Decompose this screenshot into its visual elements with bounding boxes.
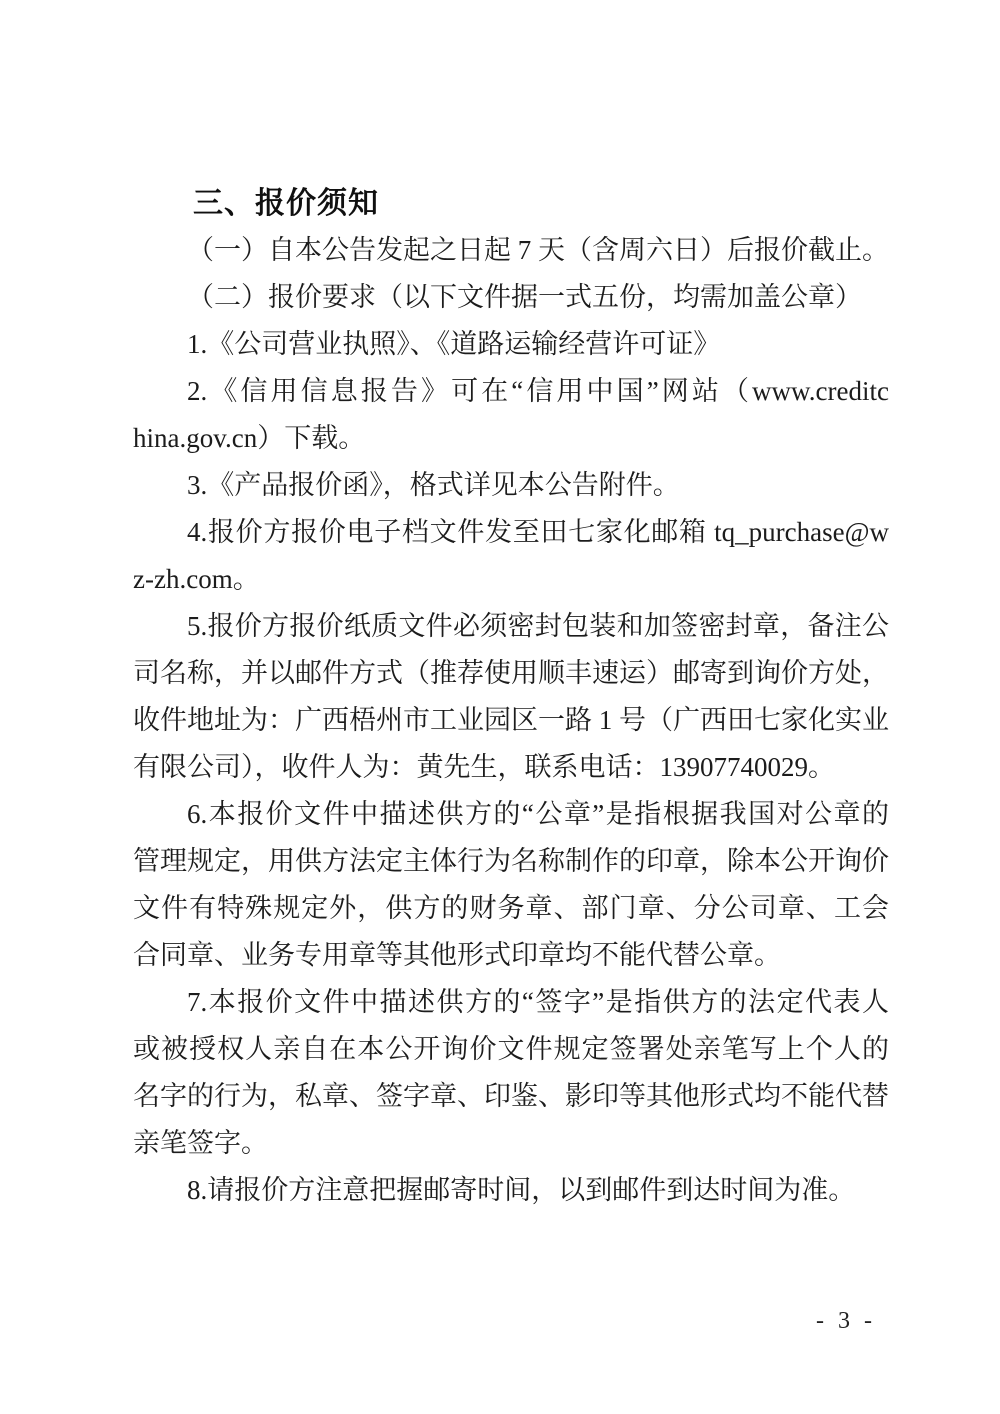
document-body: 三、报价须知 （一）自本公告发起之日起 7 天（含周六日）后报价截止。 （二）报… bbox=[133, 180, 889, 1214]
clause-line: 名字的行为，私章、签字章、印鉴、影印等其他形式均不能代替 bbox=[133, 1073, 889, 1120]
clause-line: 4.报价方报价电子档文件发至田七家化邮箱 tq_purchase@w bbox=[133, 509, 889, 556]
clause-line: 3.《产品报价函》，格式详见本公告附件。 bbox=[133, 462, 889, 509]
clause-line: 有限公司），收件人为：黄先生，联系电话：13907740029。 bbox=[133, 744, 889, 791]
clause-line: 亲笔签字。 bbox=[133, 1120, 889, 1167]
section-heading: 三、报价须知 bbox=[133, 180, 889, 227]
clause-line: 7.本报价文件中描述供方的“签字”是指供方的法定代表人 bbox=[133, 979, 889, 1026]
clause-line: 合同章、业务专用章等其他形式印章均不能代替公章。 bbox=[133, 932, 889, 979]
clause-line: 司名称，并以邮件方式（推荐使用顺丰速运）邮寄到询价方处， bbox=[133, 650, 889, 697]
clause-line: 收件地址为：广西梧州市工业园区一路 1 号（广西田七家化实业 bbox=[133, 697, 889, 744]
clause-line: 5.报价方报价纸质文件必须密封包装和加签密封章，备注公 bbox=[133, 603, 889, 650]
page-number: - 3 - bbox=[816, 1306, 876, 1336]
clause-line: 6.本报价文件中描述供方的“公章”是指根据我国对公章的 bbox=[133, 791, 889, 838]
clause-line: z-zh.com。 bbox=[133, 556, 889, 603]
clause-line: 或被授权人亲自在本公开询价文件规定签署处亲笔写上个人的 bbox=[133, 1026, 889, 1073]
clause-line: 文件有特殊规定外，供方的财务章、部门章、分公司章、工会章、 bbox=[133, 885, 889, 932]
clause-line: 管理规定，用供方法定主体行为名称制作的印章，除本公开询价 bbox=[133, 838, 889, 885]
clause-line: 8.请报价方注意把握邮寄时间，以到邮件到达时间为准。 bbox=[133, 1167, 889, 1214]
clause-line: （一）自本公告发起之日起 7 天（含周六日）后报价截止。 bbox=[133, 227, 889, 274]
clause-line: hina.gov.cn）下载。 bbox=[133, 415, 889, 462]
document-page: 三、报价须知 （一）自本公告发起之日起 7 天（含周六日）后报价截止。 （二）报… bbox=[0, 0, 1000, 1414]
clause-line: 1.《公司营业执照》、《道路运输经营许可证》 bbox=[133, 321, 889, 368]
clause-line: 2.《信用信息报告》可在“信用中国”网站（www.creditc bbox=[133, 368, 889, 415]
clause-line: （二）报价要求（以下文件据一式五份，均需加盖公章） bbox=[133, 274, 889, 321]
